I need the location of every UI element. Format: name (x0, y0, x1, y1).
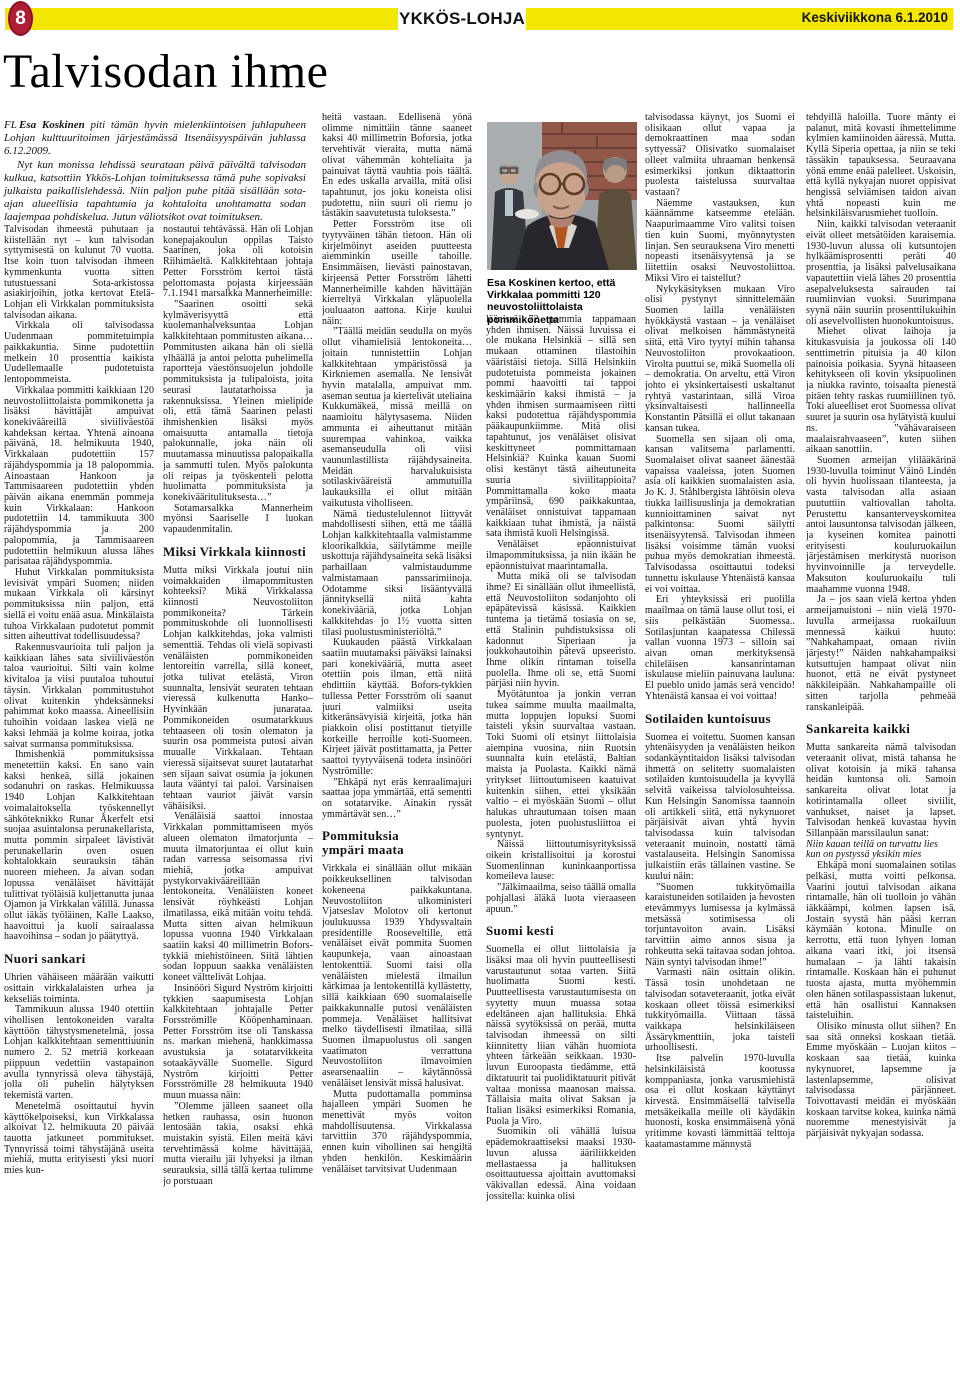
paragraph: Petter Forsström itse oli tyytyväinen tä… (322, 220, 472, 327)
lead-paragraph-1: FL Esa Koskinen piti tämän hyvin mielenk… (4, 119, 306, 159)
article-column-5: talvisodassa käynyt, jos Suomi ei olisik… (645, 113, 795, 1388)
paragraph: Kuukauden päästä Virkkalaan saatiin muut… (322, 638, 472, 777)
article-column-4: läänissä 72 pommia tappamaan yhden ihmis… (486, 315, 636, 1388)
paragraph: ”Suomen tukkityömailla karaistuneiden so… (645, 883, 795, 969)
paragraph: Ihmishenkiä pommituksissa menetettiin ka… (4, 750, 154, 943)
paragraph: talvisodassa käynyt, jos Suomi ei olisik… (645, 113, 795, 199)
photo-illustration (487, 122, 637, 270)
paragraph: Mutta mikä oli se talvisodan ihme? Ei si… (486, 572, 636, 690)
article-column-3: heitä vastaan. Edellisenä yönä olimme ni… (322, 113, 472, 1388)
article-column-2: nostautui tehtävässä. Hän oli Lohjan kon… (163, 225, 313, 1388)
article-headline: Talvisodan ihme (3, 44, 328, 99)
paragraph: Suomella sen sijaan oli oma, kansan vali… (645, 435, 795, 596)
paragraph: nostautui tehtävässä. Hän oli Lohjan kon… (163, 225, 313, 300)
paragraph: Virkkala oli talvisodassa Uudenmaan pomm… (4, 321, 154, 385)
masthead-box: YKKÖS-LOHJA (398, 4, 526, 34)
paragraph: Mutta miksi Virkkala joutui niin voimakk… (163, 566, 313, 813)
article-column-6: tehdyillä haloilla. Tuore mänty ei palan… (806, 113, 956, 1388)
paragraph: läänissä 72 pommia tappamaan yhden ihmis… (486, 315, 636, 540)
paragraph: Mutta sankareita nämä talvisodan veteraa… (806, 743, 956, 839)
subheading: Miksi Virkkala kiinnosti (163, 545, 313, 559)
paragraph: Sotamarsalkka Mannerheim myönsi Saarisel… (163, 504, 313, 536)
paragraph: Mutta pudottamalla pomminsa hajalleen ym… (322, 1090, 472, 1176)
paragraph: Rakennusvaurioita tuli paljon ja kaikkia… (4, 643, 154, 750)
paragraph: Olisiko minusta ollut siihen? En saa sit… (806, 1022, 956, 1140)
paragraph: Venäläiset epäonnistuivat ilmapommituksi… (486, 540, 636, 572)
newspaper-page: YKKÖS-LOHJA 8 Keskiviikkona 6.1.2010 Tal… (0, 0, 960, 1390)
paragraph: Venäläisiä saattoi innostaa Virkkalan po… (163, 812, 313, 984)
paragraph: ”Saarinen osoitti sekä kylmäverisyyttä e… (163, 300, 313, 504)
lead-prefix: FL (4, 119, 17, 131)
paragraph: ”Ehkäpä nyt eräs kenraalimajuri saattaa … (322, 778, 472, 821)
subheading: Suomi kesti (486, 924, 636, 938)
article-column-1: Talvisodan ihmeestä puhutaan ja kiistell… (4, 225, 154, 1388)
photo-esa-koskinen (487, 122, 637, 270)
paragraph: Huhut Virkkalan pommituksista levisivät … (4, 568, 154, 643)
paragraph: tehdyillä haloilla. Tuore mänty ei palan… (806, 113, 956, 220)
issue-date: Keskiviikkona 6.1.2010 (802, 10, 948, 25)
subheading: Nuori sankari (4, 952, 154, 966)
paragraph: ”Jälkimaailma, seiso täällä omalla pohja… (486, 883, 636, 915)
paragraph: Talvisodan ihmeestä puhutaan ja kiistell… (4, 225, 154, 321)
paragraph: Suomikin oli vähällä luisua epädemokraat… (486, 1127, 636, 1202)
article-lead: FL Esa Koskinen piti tämän hyvin mielenk… (4, 119, 306, 225)
paragraph: Näissä liittoutumisyrityksissä oikein kr… (486, 840, 636, 883)
paragraph: Ja – jos saan vielä kertoa yhden armeija… (806, 595, 956, 713)
paragraph: Tammikuun alussa 1940 otettiin vihollise… (4, 1005, 154, 1101)
paragraph: Eri yhteyksissä eri puolilla maailmaa on… (645, 595, 795, 702)
paragraph: Ehkäpä moni suomalainen sotilas pelkäsi,… (806, 861, 956, 1022)
page-number-badge: 8 (8, 1, 33, 36)
page-number: 8 (15, 8, 26, 30)
paragraph: Uhrien vähäiseen määrään vaikutti ositta… (4, 973, 154, 1005)
paragraph: Nykykäsityksen mukaan Viro olisi pystyny… (645, 285, 795, 435)
paragraph: Varmasti näin osittain olikin. Tässä tos… (645, 968, 795, 1054)
paragraph: Virkkala ei sinällään ollut mikään poikk… (322, 864, 472, 1089)
lead-paragraph-2: Nyt kun monissa lehdissä seurataan päivä… (4, 159, 306, 225)
masthead: YKKÖS-LOHJA (399, 9, 525, 29)
paragraph: ”Täällä meidän seudulla on myös ollut vi… (322, 327, 472, 509)
paragraph: Niin, kaikki talvisodan veteraanit eivät… (806, 220, 956, 327)
paragraph: heitä vastaan. Edellisenä yönä olimme ni… (322, 113, 472, 220)
lead-author: Esa Koskinen (19, 119, 85, 131)
paragraph: Insinööri Sigurd Nyström kirjoitti tykki… (163, 984, 313, 1102)
paragraph: Suomea ei voitettu. Suomen kansan yhtenä… (645, 733, 795, 883)
subheading: Sotilaiden kuntoisuus (645, 712, 795, 726)
paragraph: Näemme vastauksen, kun käännämme katseem… (645, 199, 795, 285)
paragraph: Myötätuntoa ja jonkin verran tukea saimm… (486, 690, 636, 840)
subheading: Pommituksia ympäri maata (322, 829, 472, 857)
paragraph: Suomella ei ollut liittolaisia ja lisäks… (486, 945, 636, 1127)
paragraph: Suomen armeijan ylilääkärinä 1930-luvull… (806, 456, 956, 595)
paragraph: Itse palvelin 1970-luvulla helsinkiläisi… (645, 1054, 795, 1150)
paragraph: Miehet olivat laihoja ja kitukasvuisia j… (806, 327, 956, 456)
paragraph: Virkkalaa pommitti kaikkiaan 120 neuvost… (4, 386, 154, 568)
subheading: Sankareita kaikki (806, 722, 956, 736)
paragraph: ”Olemme jälleen saaneet olla hetken rauh… (163, 1102, 313, 1188)
paragraph: Menetelmä osoittautui hyvin käyttökelpoi… (4, 1102, 154, 1177)
paragraph: Nämä tiedustelulennot liittyvät mahdolli… (322, 510, 472, 639)
